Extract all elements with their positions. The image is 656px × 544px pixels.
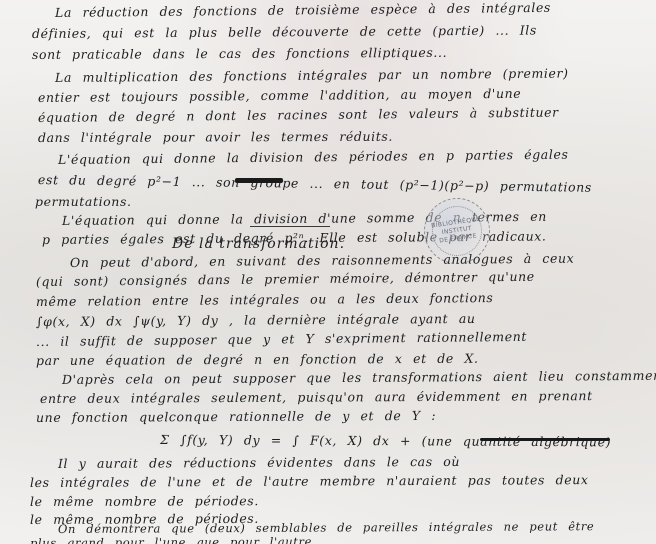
section-line-6: par une équation de degré n en fonction …	[36, 351, 479, 368]
section-line-1: On peut d'abord, en suivant des raisonne…	[70, 251, 574, 270]
section-line-2: (qui sont) consignés dans le premier mém…	[36, 269, 535, 289]
section-line-4: ∫φ(x, X) dx ∫ψ(y, Y) dy , la dernière in…	[36, 311, 476, 329]
section-line-16: On démontrera que (deux) semblables de p…	[58, 519, 594, 536]
section-line-17: plus grand pour l'une que pour l'autre.	[30, 535, 316, 544]
section-heading: De la transformation.	[172, 236, 345, 252]
manuscript-line-4: La multiplication des fonctions intégral…	[55, 66, 569, 85]
crossed-out-word	[235, 178, 283, 183]
manuscript-line-8: L'équation qui donne la division des pér…	[58, 147, 569, 167]
manuscript-line-1: La réduction des fonctions de troisième …	[55, 0, 551, 20]
section-line-8: entre deux intégrales seulement, puisqu'…	[40, 388, 593, 406]
section-line-9: une fonction quelconque rationnelle de y…	[36, 408, 436, 425]
manuscript-line-5: entier est toujours possible, comme l'ad…	[38, 86, 521, 105]
section-line-3: même relation entre les intégrales ou a …	[36, 290, 494, 309]
manuscript-line-6: équation de degré n dont les racines son…	[38, 105, 559, 125]
section-line-7: D'après cela on peut supposer que les tr…	[62, 368, 656, 387]
section-divider	[250, 226, 330, 227]
manuscript-page: La réduction des fonctions de troisième …	[0, 0, 656, 544]
section-line-12: les intégrales de l'une et de l'autre me…	[30, 472, 589, 490]
section-line-5: ... il suffit de supposer que y et Y s'e…	[36, 329, 527, 349]
manuscript-line-9: est du degré p²−1 ... son groupe ... en …	[38, 172, 592, 195]
manuscript-line-10: permutations.	[35, 194, 132, 209]
manuscript-line-3: sont praticable dans le cas des fonction…	[32, 45, 447, 62]
manuscript-line-2: définies, qui est la plus belle découver…	[32, 22, 537, 41]
manuscript-line-7: dans l'intégrale pour avoir les termes r…	[38, 129, 393, 145]
crossed-out-phrase	[480, 438, 610, 441]
section-line-11: Il y aurait des réductions évidentes dan…	[58, 454, 460, 471]
